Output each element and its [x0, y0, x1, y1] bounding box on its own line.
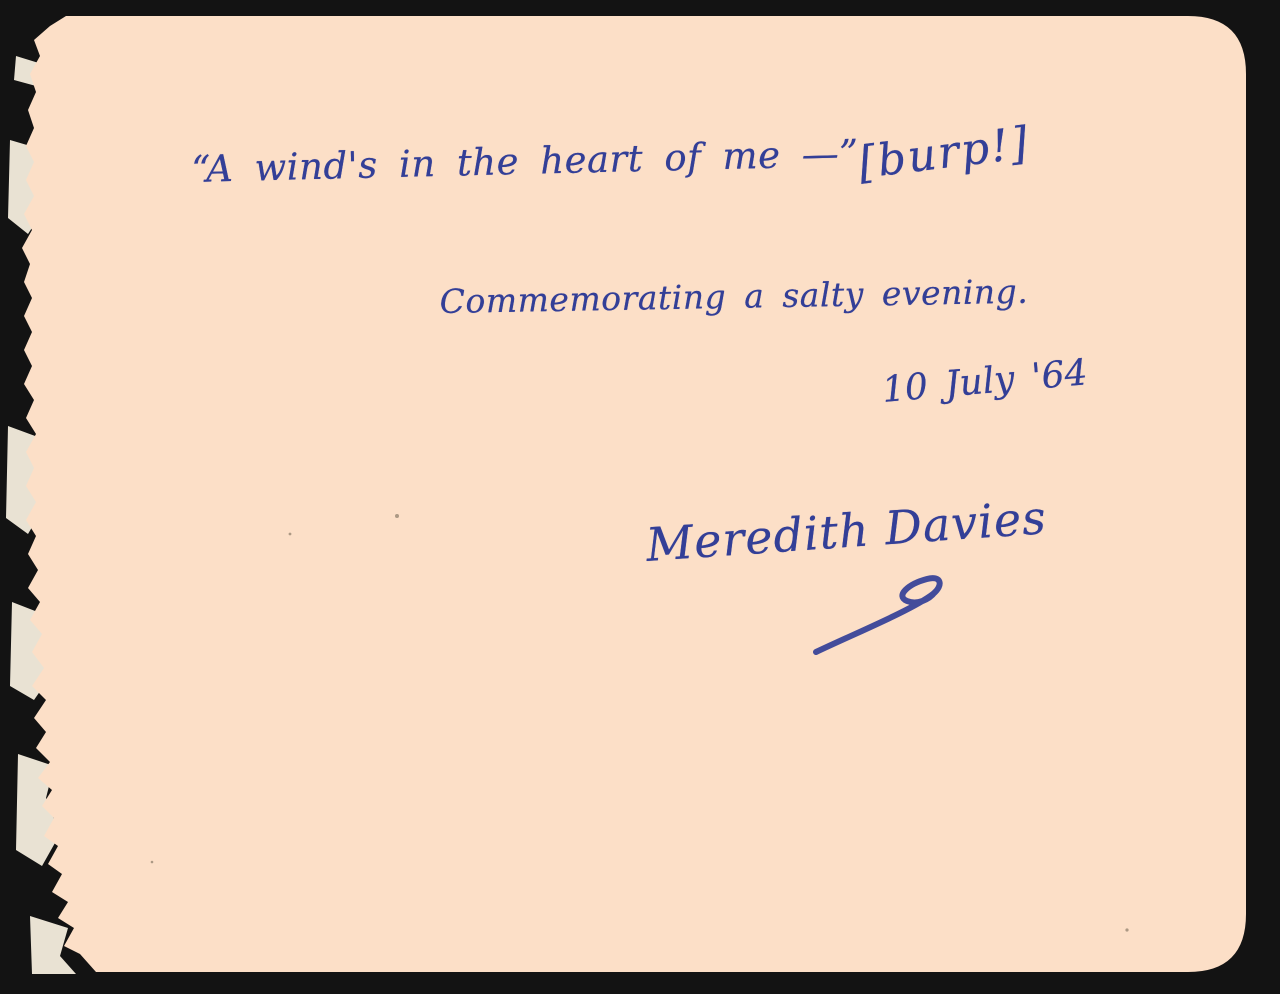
paper-speck [1125, 928, 1128, 931]
paper-speck [151, 861, 154, 864]
paper-speck [395, 514, 399, 518]
photo-backdrop: “A wind's in the heart of me —” [burp!] … [0, 0, 1280, 994]
paper-speck [289, 533, 292, 536]
